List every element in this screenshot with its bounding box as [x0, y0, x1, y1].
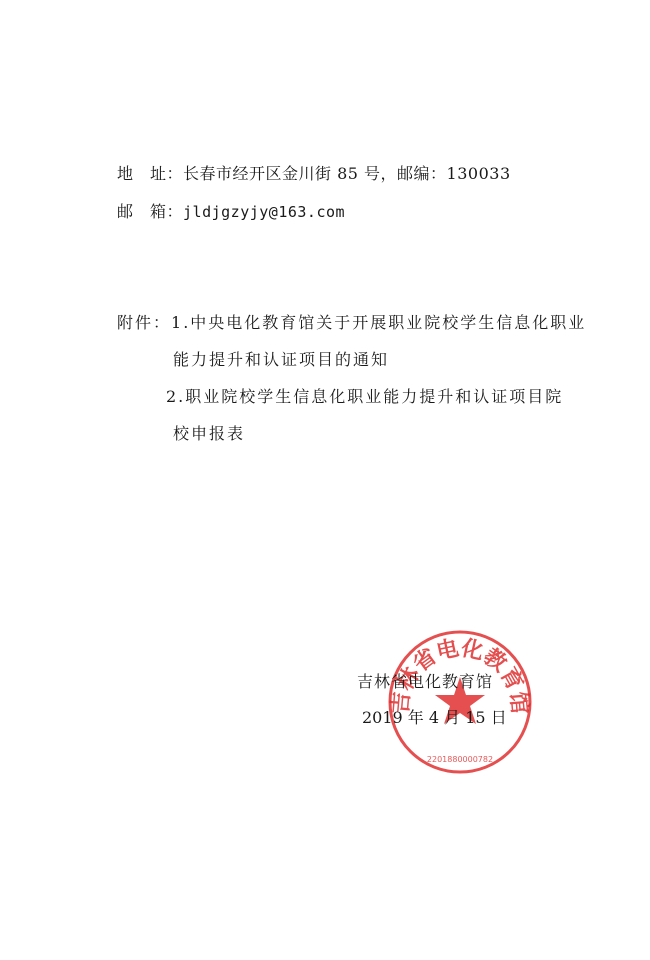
email-line: 邮 箱：jldjgzyjy@163.com: [117, 202, 345, 222]
attachment-1-text: 中央电化教育馆关于开展职业院校学生信息化职业: [190, 313, 586, 332]
email-label: 邮 箱：: [117, 202, 183, 221]
attachment-1-line1: 附件：1.中央电化教育馆关于开展职业院校学生信息化职业: [117, 313, 586, 333]
svg-text:2201880000782: 2201880000782: [427, 755, 493, 764]
official-seal: 吉林省电化教育馆 2201880000782: [385, 627, 535, 777]
attachment-2-line1: 2.职业院校学生信息化职业能力提升和认证项目院: [166, 387, 563, 407]
attachment-2-line2: 校申报表: [173, 424, 245, 444]
attachment-1-line2: 能力提升和认证项目的通知: [173, 350, 389, 370]
address-line: 地 址：长春市经开区金川街 85 号，邮编：130033: [117, 164, 511, 184]
attachment-1-number: 1.: [171, 313, 190, 332]
email-value: jldjgzyjy@163.com: [183, 203, 345, 221]
attachment-2-text-cont: 校申报表: [173, 424, 245, 443]
attachment-2-number: 2.: [166, 387, 185, 406]
address-label: 地 址：: [117, 164, 183, 183]
attachment-2-text: 职业院校学生信息化职业能力提升和认证项目院: [185, 387, 563, 406]
signature-date: 2019 年 4 月 15 日: [362, 708, 507, 728]
address-value: 长春市经开区金川街 85 号，邮编：130033: [183, 164, 511, 183]
attachment-1-text-cont: 能力提升和认证项目的通知: [173, 350, 389, 369]
signature-organization: 吉林省电化教育馆: [357, 672, 493, 692]
attachments-label: 附件：: [117, 313, 171, 332]
